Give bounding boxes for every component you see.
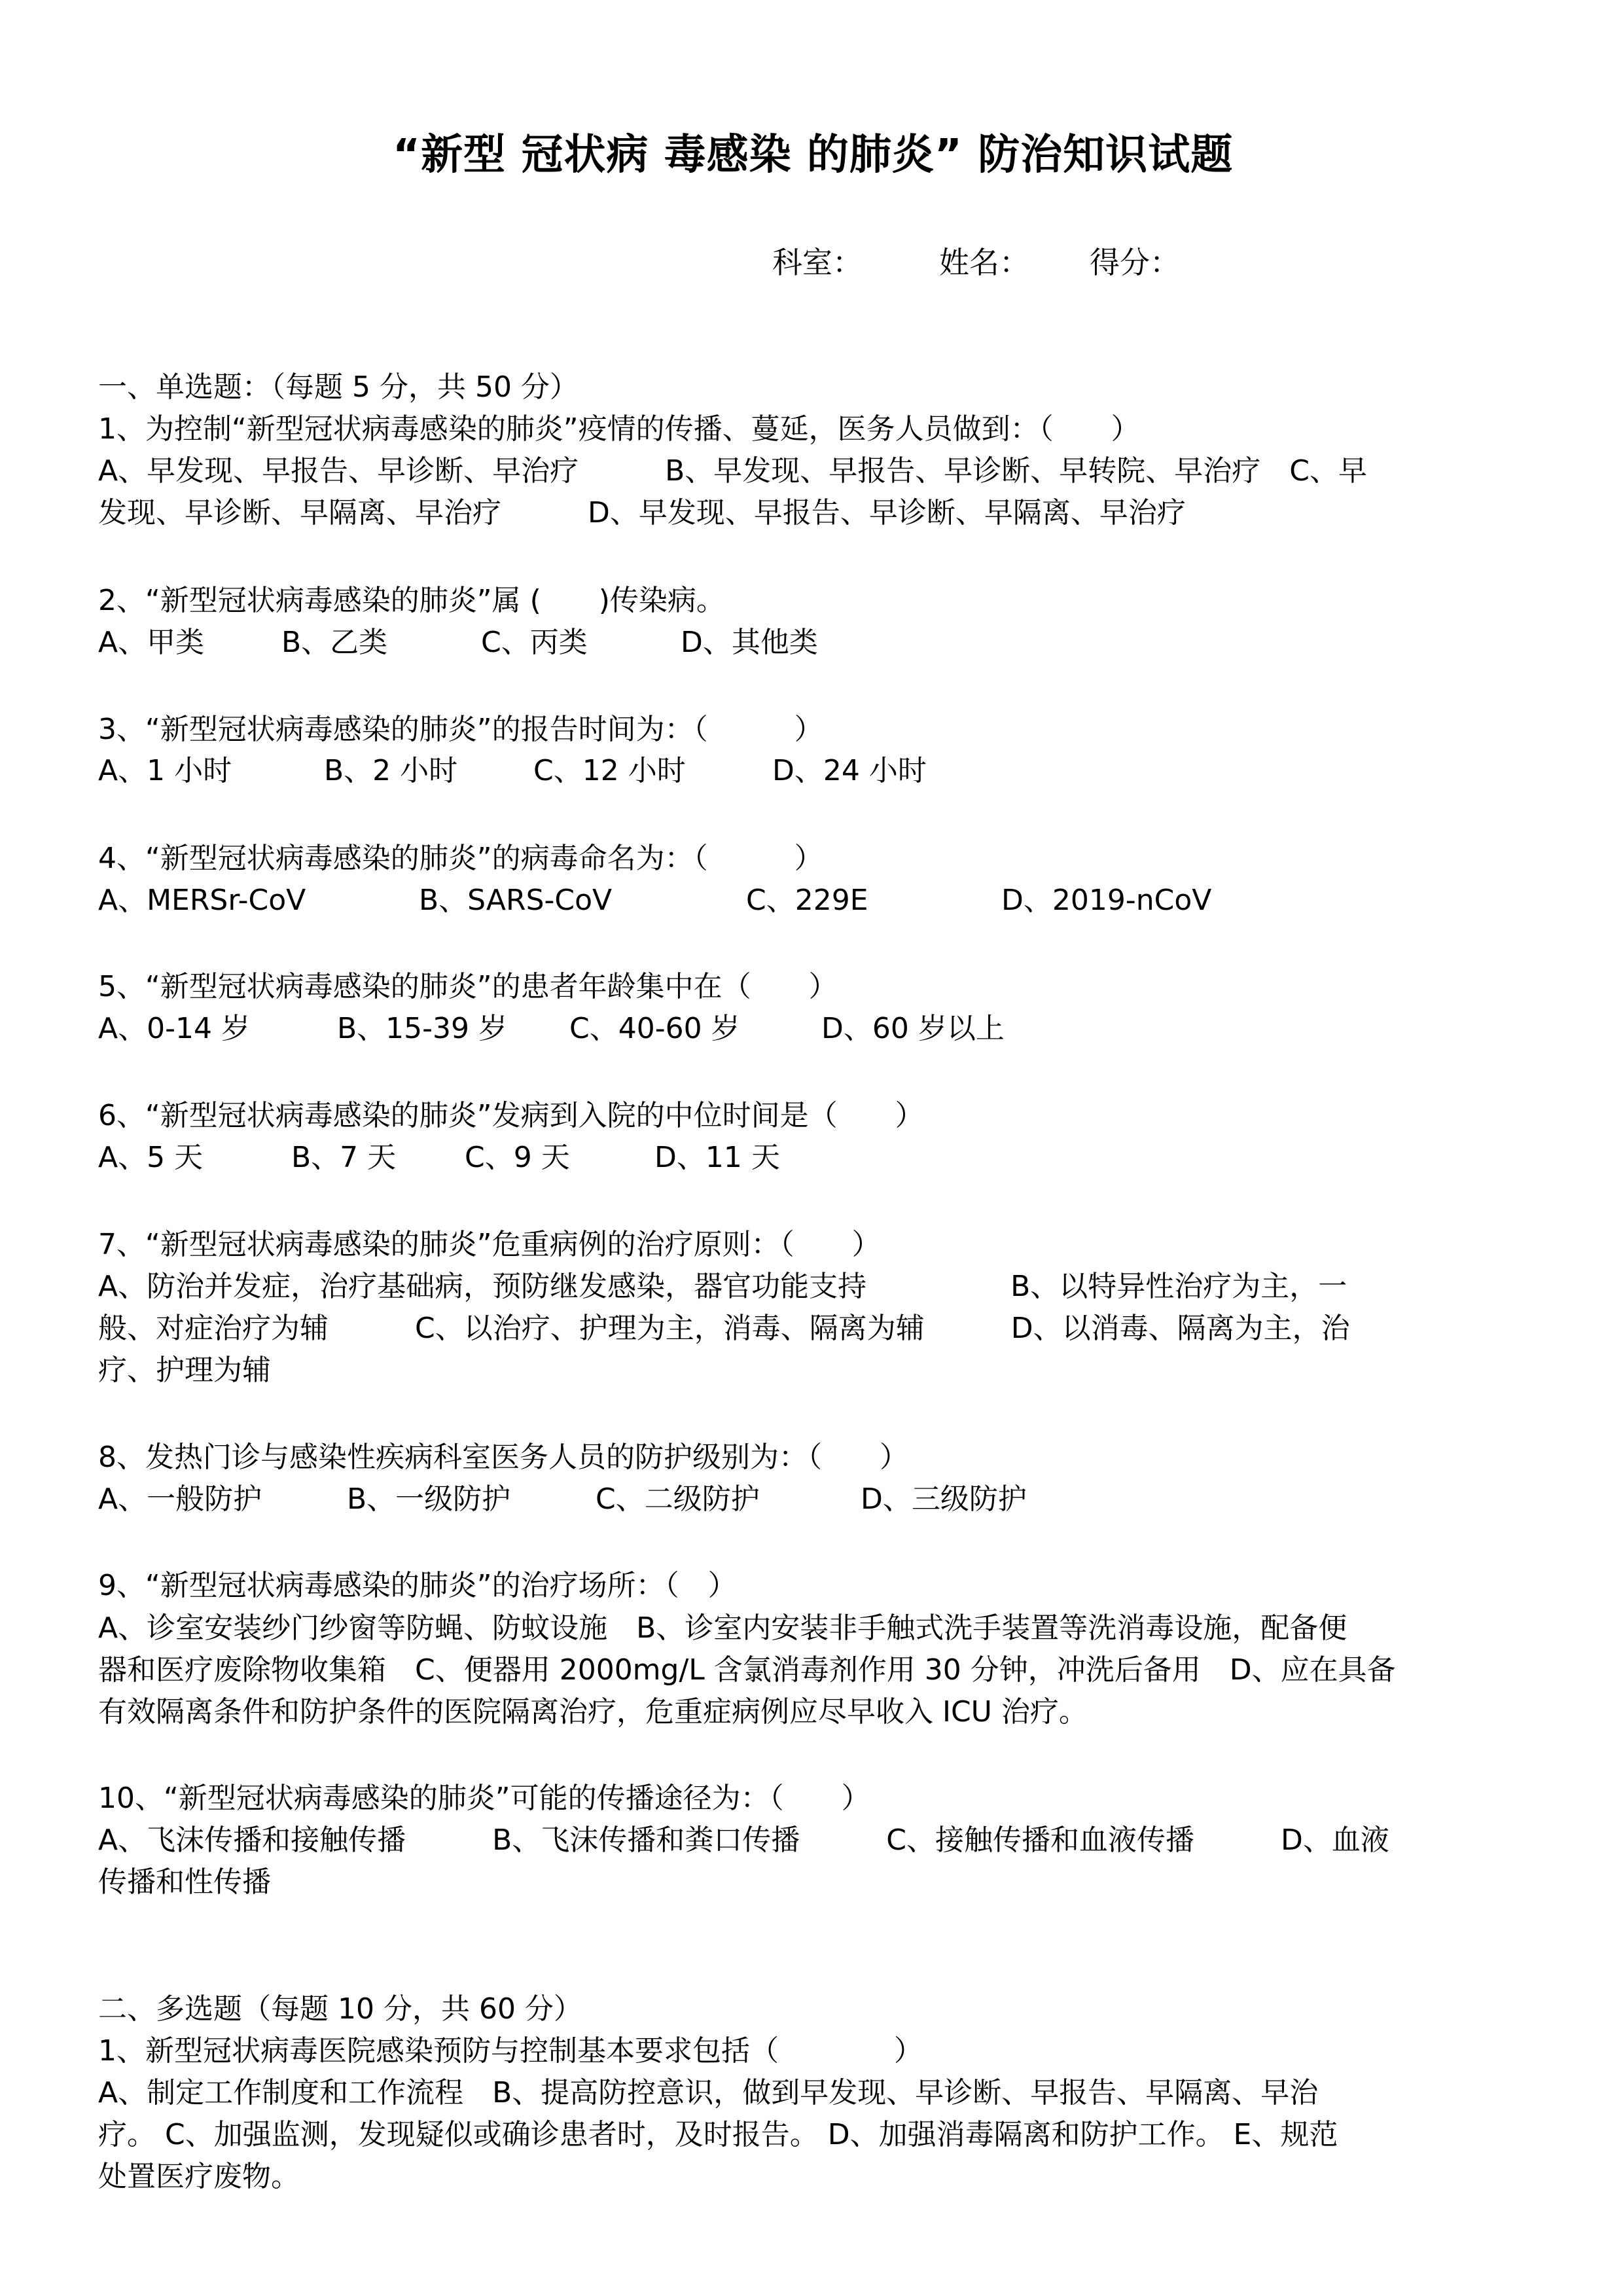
option: B、7 天 xyxy=(291,1138,396,1177)
question-stem: 2、“新型冠状病毒感染的肺炎”属 ( )传染病。 xyxy=(98,581,725,620)
question-options-line: 发现、早诊断、早隔离、早治疗 D、早发现、早报告、早诊断、早隔离、早治疗 xyxy=(98,493,1186,533)
option: C、二级防护 xyxy=(596,1480,760,1519)
option: A、5 天 xyxy=(98,1138,203,1177)
option: D、三级防护 xyxy=(861,1480,1027,1519)
question-options-line: A、诊室安装纱门纱窗等防蝇、防蚊设施 B、诊室内安装非手触式洗手装置等洗消毒设施… xyxy=(98,1609,1347,1648)
question-options-line: A、早发现、早报告、早诊断、早治疗 B、早发现、早报告、早诊断、早转院、早治疗 … xyxy=(98,452,1367,491)
question-options-line: 器和医疗废除物收集箱 C、便器用 2000mg/L 含氯消毒剂作用 30 分钟，… xyxy=(98,1651,1396,1690)
score-field-label: 得分： xyxy=(1090,239,1180,282)
section-heading-multiple-choice: 二、多选题（每题 10 分，共 60 分） xyxy=(98,1990,582,2029)
option: B、一级防护 xyxy=(347,1480,510,1519)
option: A、MERSr-CoV xyxy=(98,881,306,920)
option: D、24 小时 xyxy=(772,751,927,791)
department-field-label: 科室： xyxy=(772,239,863,282)
question-options-line: 传播和性传播 xyxy=(98,1863,271,1902)
question-stem: 3、“新型冠状病毒感染的肺炎”的报告时间为：（ ） xyxy=(98,710,823,749)
option: A、一般防护 xyxy=(98,1480,262,1519)
option: A、甲类 xyxy=(98,623,204,662)
option: A、1 小时 xyxy=(98,751,232,791)
question-options-line: 般、对症治疗为辅 C、以治疗、护理为主，消毒、隔离为辅 D、以消毒、隔离为主，治 xyxy=(98,1309,1350,1348)
option: C、40-60 岁 xyxy=(569,1009,740,1049)
option: D、60 岁以上 xyxy=(821,1009,1005,1049)
question-stem: 10、“新型冠状病毒感染的肺炎”可能的传播途径为：（ ） xyxy=(98,1779,870,1818)
question-stem: 1、为控制“新型冠状病毒感染的肺炎”疫情的传播、蔓延，医务人员做到：（ ） xyxy=(98,410,1140,449)
question-stem: 5、“新型冠状病毒感染的肺炎”的患者年龄集中在（ ） xyxy=(98,967,838,1007)
option: A、0-14 岁 xyxy=(98,1009,250,1049)
option: C、9 天 xyxy=(465,1138,570,1177)
question-stem: 8、发热门诊与感染性疾病科室医务人员的防护级别为：（ ） xyxy=(98,1438,908,1477)
option: B、SARS-CoV xyxy=(419,881,612,920)
option: C、丙类 xyxy=(481,623,588,662)
option: B、乙类 xyxy=(281,623,387,662)
option: D、2019-nCoV xyxy=(1001,881,1211,920)
question-options-line: 疗、护理为辅 xyxy=(98,1351,271,1390)
question-options-line: A、防治并发症，治疗基础病，预防继发感染，器官功能支持 B、以特异性治疗为主，一 xyxy=(98,1267,1347,1306)
document-title: “新型 冠状病 毒感染 的肺炎” 防治知识试题 xyxy=(393,121,1309,181)
option: D、11 天 xyxy=(654,1138,780,1177)
question-stem: 4、“新型冠状病毒感染的肺炎”的病毒命名为：（ ） xyxy=(98,839,823,878)
question-stem: 9、“新型冠状病毒感染的肺炎”的治疗场所：（ ） xyxy=(98,1566,737,1605)
question-stem: 1、新型冠状病毒医院感染预防与控制基本要求包括（ ） xyxy=(98,2032,923,2071)
question-options-line: A、飞沫传播和接触传播 B、飞沫传播和粪口传播 C、接触传播和血液传播 D、血液 xyxy=(98,1821,1389,1860)
question-stem: 6、“新型冠状病毒感染的肺炎”发病到入院的中位时间是（ ） xyxy=(98,1096,924,1136)
option: B、15-39 岁 xyxy=(337,1009,507,1049)
section-heading-single-choice: 一、单选题：（每题 5 分，共 50 分） xyxy=(98,368,579,407)
question-options-line: 有效隔离条件和防护条件的医院隔离治疗，危重症病例应尽早收入 ICU 治疗。 xyxy=(98,1693,1088,1732)
document-page: “新型 冠状病 毒感染 的肺炎” 防治知识试题 科室： 姓名： 得分： 一、单选… xyxy=(0,0,1623,2296)
question-stem: 7、“新型冠状病毒感染的肺炎”危重病例的治疗原则：（ ） xyxy=(98,1225,881,1265)
question-options-line: A、制定工作制度和工作流程 B、提高防控意识，做到早发现、早诊断、早报告、早隔离… xyxy=(98,2073,1318,2113)
option: B、2 小时 xyxy=(324,751,457,791)
question-options-line: 疗。 C、加强监测，发现疑似或确诊患者时，及时报告。 D、加强消毒隔离和防护工作… xyxy=(98,2115,1338,2155)
question-options-line: 处置医疗废物。 xyxy=(98,2157,300,2197)
name-field-label: 姓名： xyxy=(939,239,1029,282)
option: C、12 小时 xyxy=(533,751,686,791)
option: C、229E xyxy=(746,881,868,920)
option: D、其他类 xyxy=(681,623,818,662)
